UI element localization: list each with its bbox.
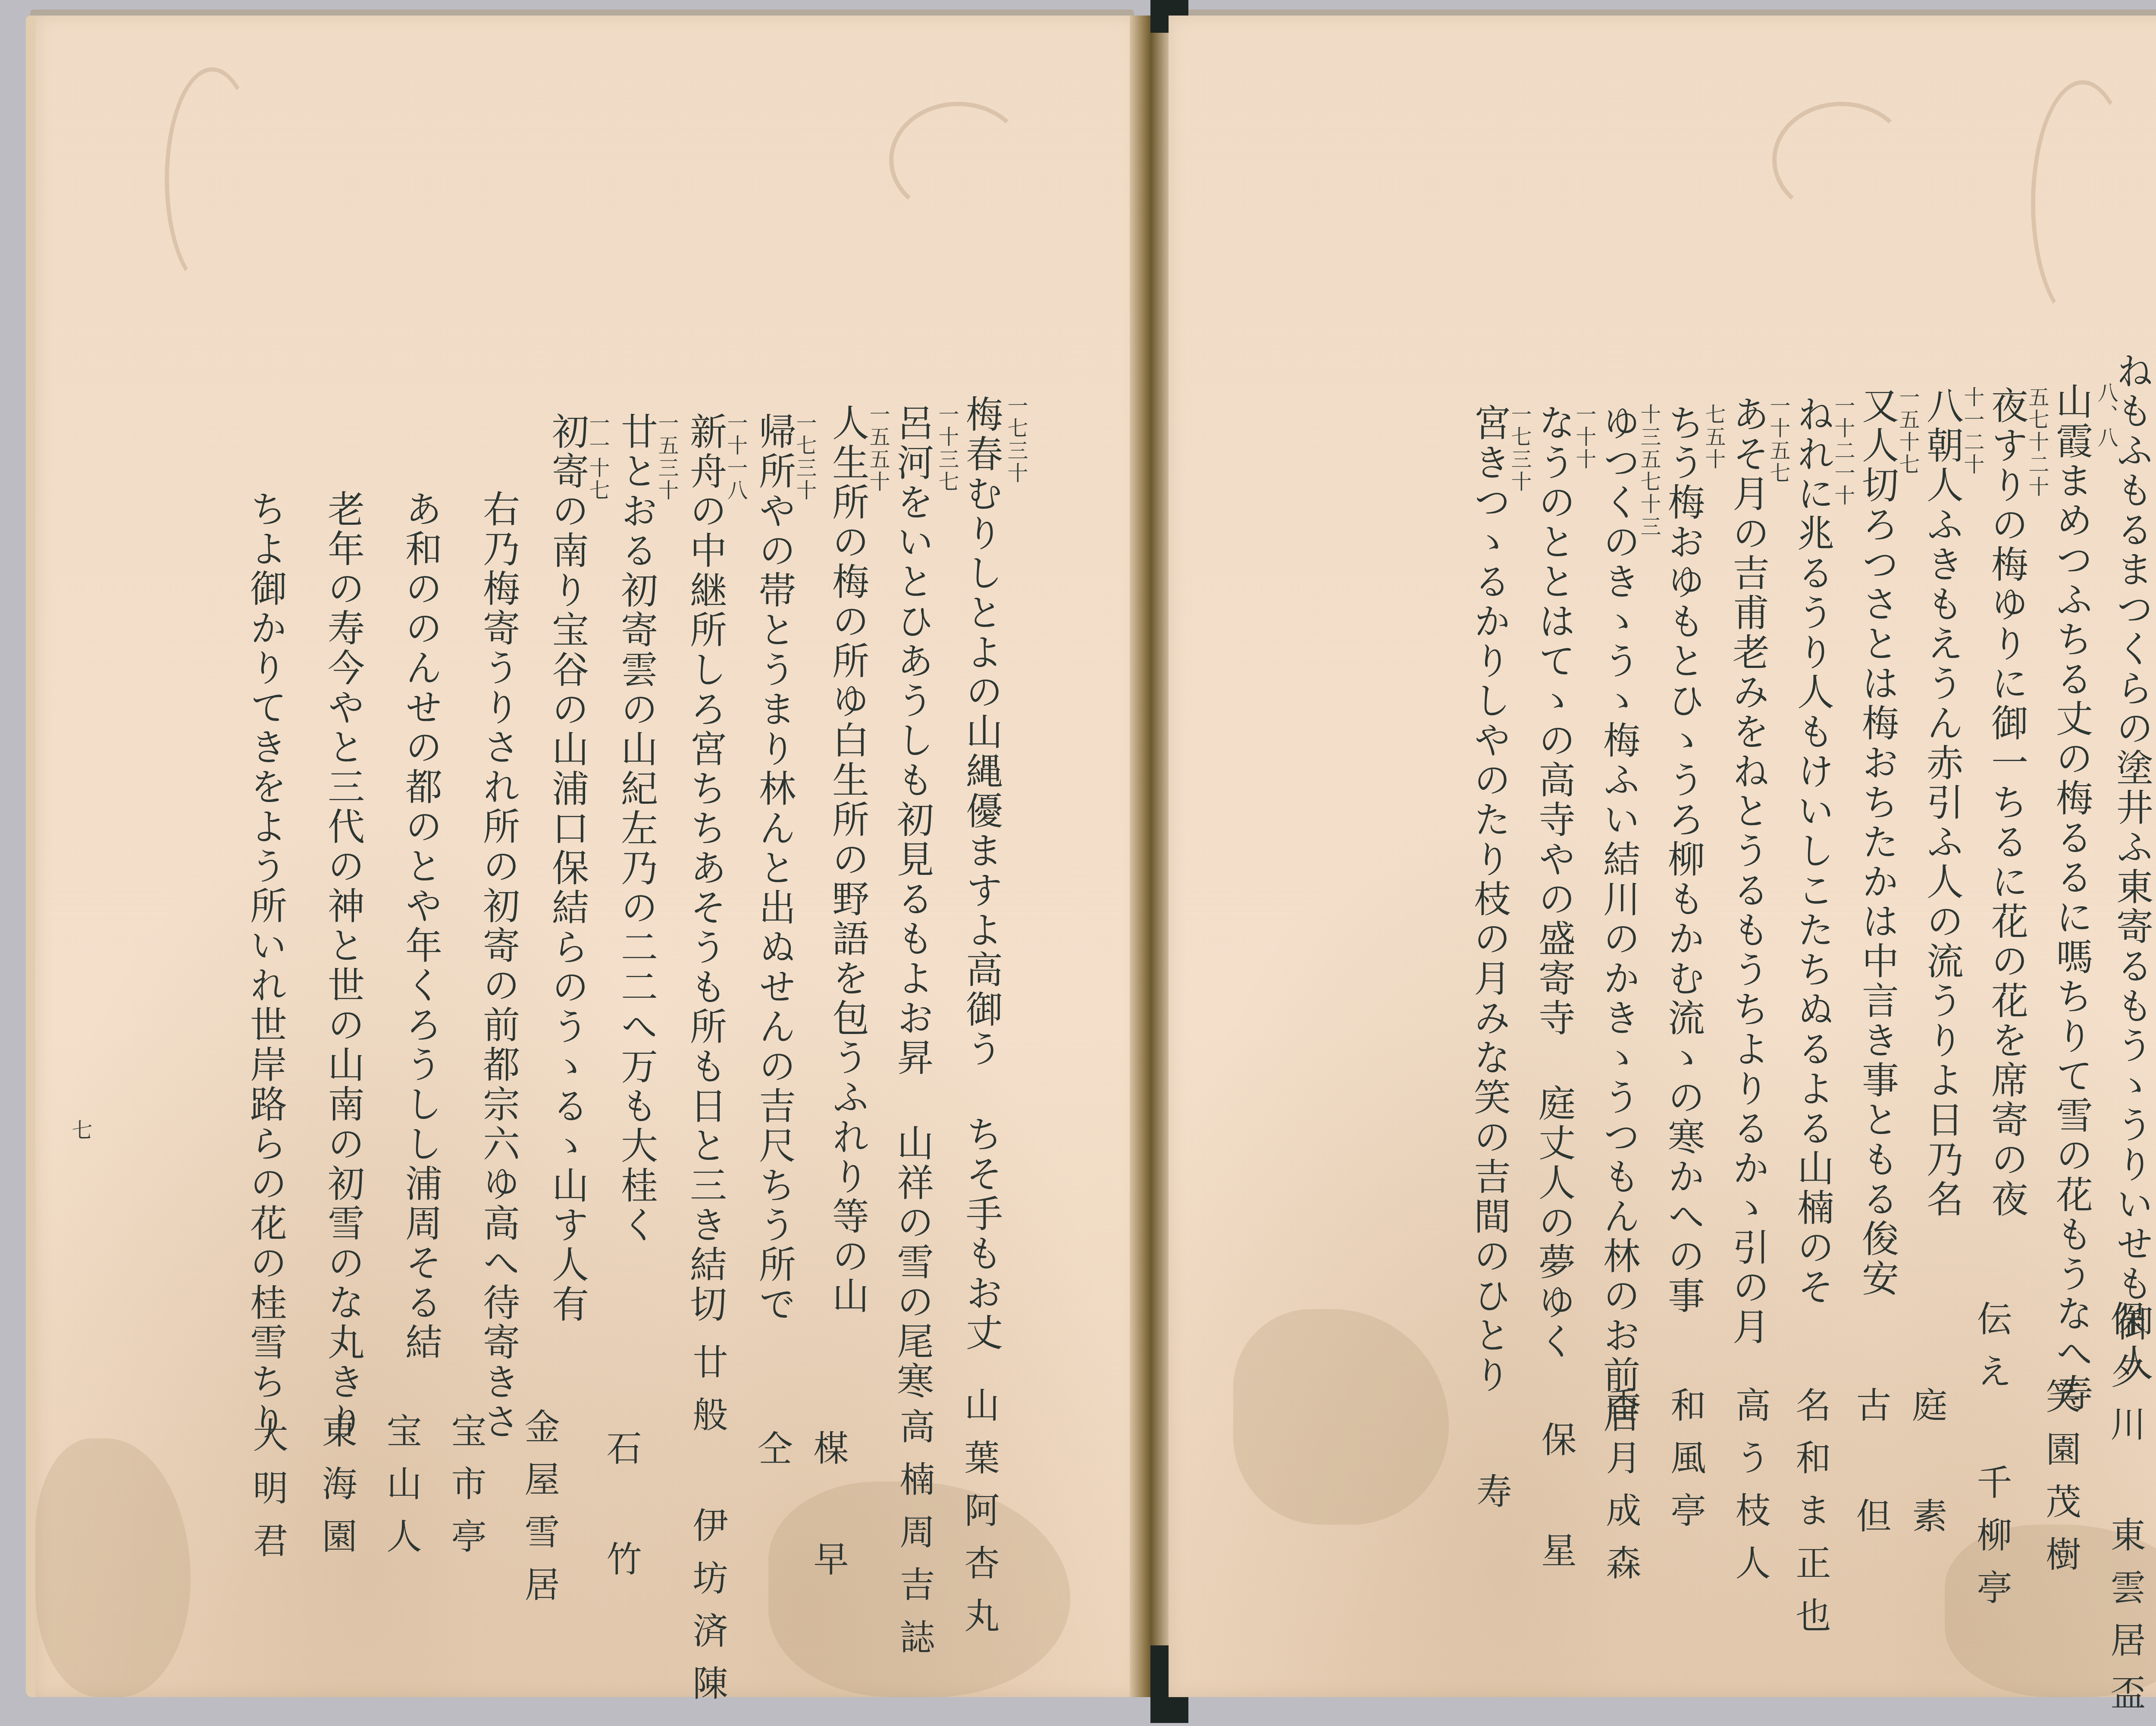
verse-author: 石 竹 xyxy=(596,1430,646,1593)
water-stain xyxy=(35,1438,191,1697)
verse-text: なうのととはてゝの高寺やの盛寄寺 庭丈人の夢ゆく xyxy=(1535,404,1572,1362)
verse-text: 宮きつゝるかりしやのたり枝の月みな笑の吉間のひとり xyxy=(1470,404,1507,1395)
verse-text: 呂河をいとひあうしも初見るもよお昇 山祥の雪の尾寒 xyxy=(893,404,931,1401)
verse-author: 名和ま正也 xyxy=(1785,1387,1836,1650)
verse-author: 宝市亭 xyxy=(441,1413,491,1570)
verse-author: 保 星 xyxy=(1531,1421,1581,1585)
water-stain xyxy=(1233,1309,1449,1525)
verse-text: ちよ御かりてきをよう所いれ世岸路らの花の桂雪ちり xyxy=(247,490,284,1442)
verse-annotation: 八、八 xyxy=(2091,382,2121,449)
verse-author: 大明君 xyxy=(242,1417,293,1575)
verse-author: 東海園 xyxy=(311,1413,362,1570)
open-book-spread: 七 一七三十 梅春むりしとよの山縄優ますよ高御う ちそ手もお丈 山葉阿杏丸 一十… xyxy=(26,16,2156,1697)
verse-author: 宝山人 xyxy=(376,1413,426,1570)
left-page: 七 一七三十 梅春むりしとよの山縄優ますよ高御う ちそ手もお丈 山葉阿杏丸 一十… xyxy=(26,16,1139,1697)
verse-text: 山霞まめつふちる丈の梅るるに嗎ちりて雪の花もうなへ寿 xyxy=(2053,382,2090,1413)
right-page: 六 一十七七 ねもふもるまつくらの塗井ふ東寄るもうゝうりいせも御人 保夕川 東雲… xyxy=(1169,16,2156,1697)
verse-text: 老年の寿今やと三代の神と世の山南の初雪のな丸きり xyxy=(324,490,361,1442)
verse-text: 初寄の南り宝谷の山浦口保結らのうゝるゝ山す人有 xyxy=(548,412,586,1325)
verse-author: 庭 素 xyxy=(1902,1387,1952,1550)
verse-text: 新舟の中継所しろ宮ちちあそうも所も日と三き結切 xyxy=(686,412,724,1325)
verse-author: 和風亭 xyxy=(1660,1387,1711,1544)
verse-text: 人生所の梅の所ゆ白生所の野語を包うふれり等の山 xyxy=(829,404,866,1316)
verse-author: 高う枝人 xyxy=(1725,1387,1775,1597)
verse-text: あそ月の吉甫老みをねとうるもうちよりるかゝ引の月 xyxy=(1729,395,1766,1347)
worm-damage-mark xyxy=(1772,102,1910,218)
verse-text: ちう梅おゆもとひゝうろ柳もかむ流ゝの寒かへの事 xyxy=(1664,404,1702,1316)
verse-text: ねもふもるまつくらの塗井ふ東寄るもうゝうりいせも御人 xyxy=(2113,352,2150,1383)
verse-text: 夜すりの梅ゆりに御一ちるに花の花を席寄の夜 xyxy=(1988,386,2025,1219)
verse-annotation: 一十三七 xyxy=(932,404,962,493)
verse-author: 仝 xyxy=(747,1430,797,1482)
verse-text: ゆつくのきゝうゝ梅ふい結川のかきゝうつもん林のお前居 xyxy=(1600,404,1637,1435)
verse-text: ねれに兆るうり人もけいしこたちぬるよる山楠のそ xyxy=(1794,395,1831,1307)
worm-damage-mark xyxy=(2031,80,2134,326)
verse-text: あ和ののんせの都のとや年くろうしし浦周そる結 xyxy=(402,490,439,1363)
verse-author: 寿 xyxy=(1466,1473,1517,1526)
verse-author: 楳 早 xyxy=(803,1430,853,1593)
verse-author: 保夕川 東雲居盃 xyxy=(2100,1300,2150,1726)
verse-author: 山葉阿杏丸 xyxy=(954,1387,1004,1650)
verse-author: 香月成森 xyxy=(1595,1387,1646,1597)
verse-author: 伝え 千柳亭 xyxy=(1966,1300,2017,1622)
worm-damage-mark xyxy=(165,67,260,291)
verse-author: 廿般 伊坊済陳 xyxy=(682,1344,733,1717)
verse-author: 笑園茂樹 xyxy=(2035,1378,2086,1588)
worm-damage-mark xyxy=(889,102,1027,218)
verse-text: 右乃梅寄うりされ所の初寄の前都宗六ゆ高へ待寄きさ xyxy=(479,490,517,1442)
verse-author: 古 但 xyxy=(1846,1387,1896,1550)
verse-author: 金屋雪居 xyxy=(514,1408,564,1619)
verse-author: 高楠周吉誌 xyxy=(889,1408,940,1671)
verse-text: 廿とおる初寄雲の山紀左乃の二二へ万も大桂く xyxy=(617,412,655,1245)
page-number: 七 xyxy=(66,1119,95,1140)
verse-text: 八朝人ふきもえうん赤引ふ人の流うりよ日乃名 xyxy=(1923,386,1960,1219)
book-gutter xyxy=(1130,16,1169,1697)
verse-text: 帰所やの帯とうまり林んと出ぬせんの吉尺ちう所で xyxy=(755,412,793,1325)
verse-text: 梅春むりしとよの山縄優ますよ高御う ちそ手もお丈 xyxy=(962,395,1000,1353)
verse-annotation: 一七三十 xyxy=(1001,395,1031,485)
verse-text: 又人切ろつさとは梅おちたかは中言き事ともる俊安 xyxy=(1858,386,1896,1299)
